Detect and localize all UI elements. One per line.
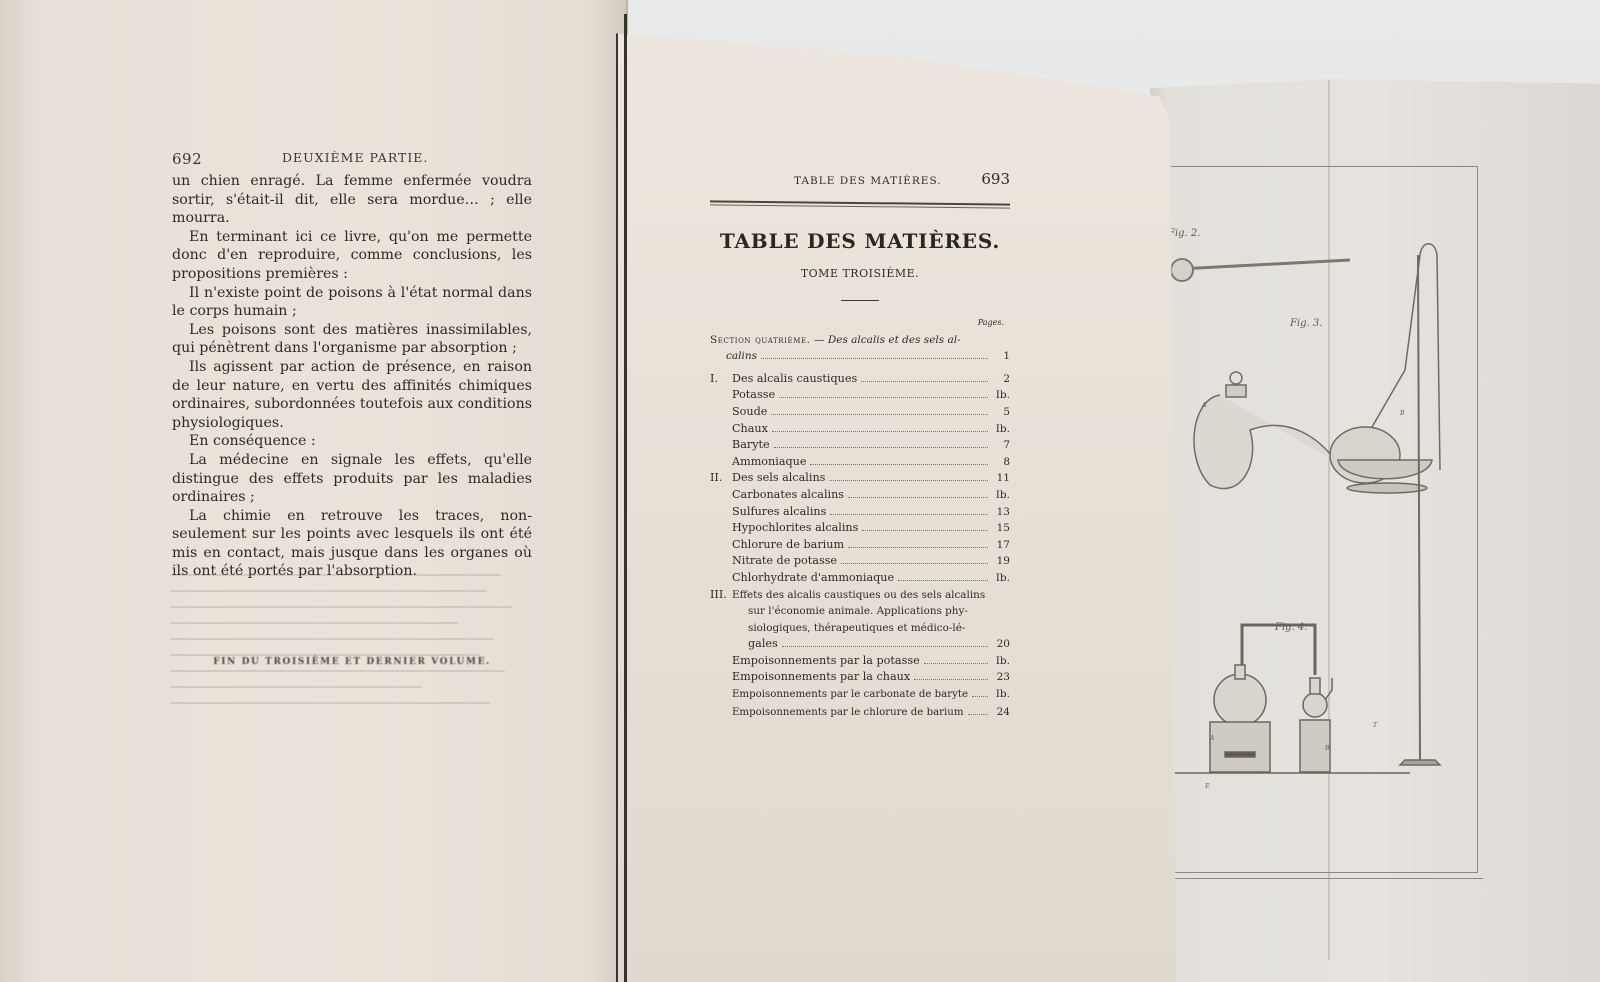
fig4-label: Fig. 4.: [1275, 622, 1307, 633]
toc-entry: Ammoniaque8: [710, 454, 1010, 471]
toc-entry: Empoisonnements par la potasseIb.: [710, 653, 1010, 670]
short-rule: [841, 300, 879, 301]
fig-letter: T: [1373, 722, 1377, 729]
toc-entry: PotasseIb.: [710, 387, 1010, 404]
toc-entry: III.Effets des alcalis caustiques ou des…: [710, 587, 1010, 604]
toc-entry: Empoisonnements par le chlorure de bariu…: [710, 704, 1010, 722]
fig-letter: B: [1325, 745, 1329, 752]
fig2-tube-icon: [1160, 259, 1350, 281]
left-running-title: DEUXIÈME PARTIE.: [282, 150, 428, 168]
toc-entry: Empoisonnements par le carbonate de bary…: [710, 686, 1010, 704]
fig-letter: A: [1202, 402, 1206, 409]
toc-entry: Sulfures alcalins13: [710, 504, 1010, 521]
left-running-head: 692 DEUXIÈME PARTIE.: [172, 150, 532, 168]
toc-entry: Carbonates alcalinsIb.: [710, 487, 1010, 504]
toc-entry: Empoisonnements par la chaux23: [710, 669, 1010, 686]
toc-entry-continuation: sur l'économie animale. Applications phy…: [710, 603, 1010, 620]
paragraph: En conséquence :: [172, 432, 532, 451]
toc-entry: I.Des alcalis caustiques2: [710, 371, 1010, 388]
toc-entry: gales20: [710, 636, 1010, 653]
table-of-contents-page: TABLE DES MATIÈRES. 693 TABLE DES MATIÈR…: [710, 170, 1010, 721]
fig2-label: Fig. 2.: [1168, 228, 1200, 239]
toc-entry: Chlorure de barium17: [710, 537, 1010, 554]
fig3-label: Fig. 3.: [1290, 318, 1322, 329]
toc-entry: II.Des sels alcalins11: [710, 470, 1010, 487]
right-running-title: TABLE DES MATIÈRES.: [794, 175, 942, 187]
left-body-text: un chien enragé. La femme enfermée voudr…: [172, 172, 532, 581]
page-gutter: [624, 14, 627, 982]
toc-entry: calins1: [710, 348, 1010, 365]
paragraph: La médecine en signale les effets, qu'el…: [172, 451, 532, 507]
fig-letter: E: [1205, 783, 1209, 790]
toc-entry: Baryte7: [710, 437, 1010, 454]
fig-letter: B: [1400, 410, 1404, 417]
toc-subtitle: TOME TROISIÈME.: [710, 267, 1010, 280]
laboratory-apparatus-illustration: [1150, 160, 1600, 920]
paragraph: un chien enragé. La femme enfermée voudr…: [172, 172, 532, 228]
toc-entry: ChauxIb.: [710, 421, 1010, 438]
pages-column-header: Pages.: [710, 315, 1004, 332]
toc-entry: Nitrate de potasse19: [710, 553, 1010, 570]
double-rule: [710, 200, 1010, 208]
right-page-number: 693: [981, 170, 1010, 188]
paragraph: La chimie en retrouve les traces, non-se…: [172, 507, 532, 581]
paragraph: En terminant ici ce livre, qu'on me perm…: [172, 228, 532, 284]
toc-title: TABLE DES MATIÈRES.: [710, 229, 1010, 253]
right-running-head: TABLE DES MATIÈRES. 693: [710, 170, 1010, 188]
toc-entry: Hypochlorites alcalins15: [710, 520, 1010, 537]
paragraph: Les poisons sont des matières inassimila…: [172, 321, 532, 358]
left-page-number: 692: [172, 150, 282, 168]
paragraph: Ils agissent par action de présence, en …: [172, 358, 532, 432]
closing-line: FIN DU TROISIÈME ET DERNIER VOLUME.: [172, 657, 532, 667]
toc-section-heading: Section quatrième. — Des alcalis et des …: [710, 332, 1010, 349]
toc-entry-continuation: siologiques, thérapeutiques et médico-lé…: [710, 620, 1010, 637]
toc-entry: Chlorhydrate d'ammoniaqueIb.: [710, 570, 1010, 587]
fig-letter: A: [1210, 735, 1214, 742]
toc-entry: Soude5: [710, 404, 1010, 421]
toc-list: Pages. Section quatrième. — Des alcalis …: [710, 315, 1010, 721]
fig4-distillation-icon: [1175, 625, 1410, 773]
paragraph: Il n'existe point de poisons à l'état no…: [172, 284, 532, 321]
left-page-content: 692 DEUXIÈME PARTIE. un chien enragé. La…: [172, 150, 532, 667]
